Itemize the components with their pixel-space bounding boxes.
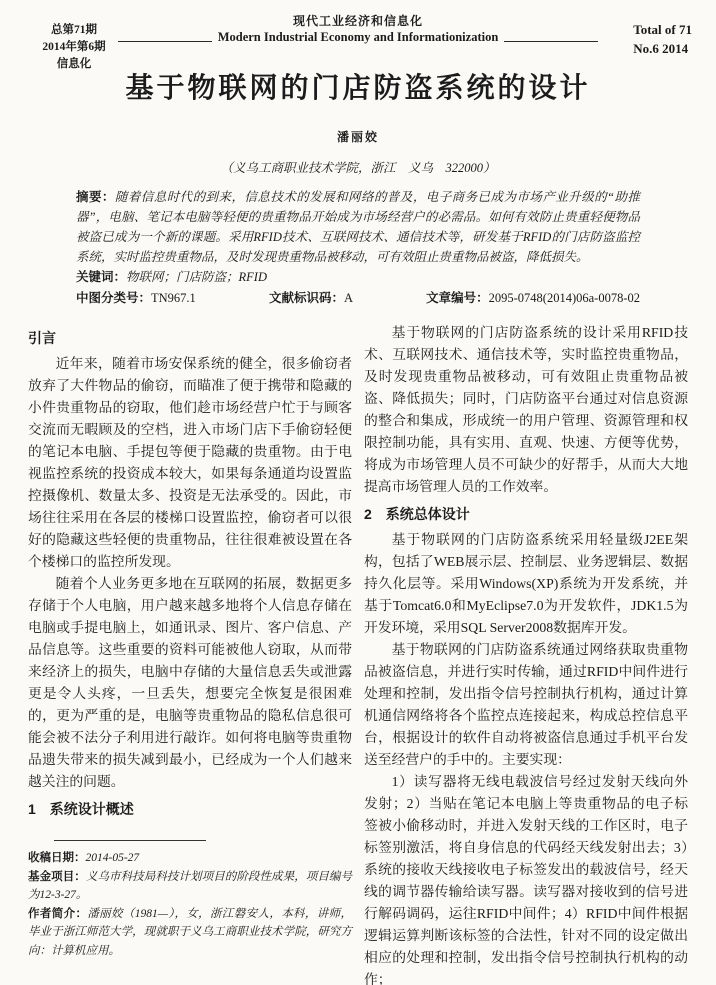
intro-heading: 引言 <box>28 327 352 349</box>
issue-info-left: 总第71期 2014年第6期 信息化 <box>26 22 122 73</box>
right-paragraph-1: 基于物联网的门店防盗系统的设计采用RFID技术、互联网技术、通信技术等，实时监控… <box>364 322 688 498</box>
footnote-block: 收稿日期：2014-05-27 基金项目：义乌市科技局科技计划项目的阶段性成果，… <box>28 840 352 960</box>
header-rule-row: Modern Industrial Economy and Informatio… <box>118 30 598 45</box>
journal-header: 总第71期 2014年第6期 信息化 Total of 71 No.6 2014… <box>0 0 716 50</box>
received-date-label: 收稿日期： <box>28 852 86 864</box>
abstract: 摘要：随着信息时代的到来，信息技术的发展和网络的普及，电子商务已成为市场产业升级… <box>76 187 640 267</box>
header-rule-left <box>118 41 212 42</box>
article-id-item: 文章编号：2095-0748(2014)06a-0078-02 <box>426 288 640 308</box>
issue-section: 信息化 <box>26 56 122 73</box>
doc-code-item: 文献标识码：A <box>269 288 353 308</box>
right-paragraph-2: 基于物联网的门店防盗系统采用轻量级J2EE架构，包括了WEB展示层、控制层、业务… <box>364 529 688 639</box>
journal-title-en: Modern Industrial Economy and Informatio… <box>212 30 505 45</box>
issue-year-no: 2014年第6期 <box>26 39 122 56</box>
keywords-label: 关键词： <box>76 270 126 284</box>
journal-title-cn: 现代工业经济和信息化 <box>118 12 598 29</box>
right-paragraph-4: 1）读写器将无线电载波信号经过发射天线向外发射；2）当贴在笔记本电脑上等贵重物品… <box>364 771 688 985</box>
clc-label: 中图分类号： <box>76 291 151 305</box>
meta-row: 中图分类号：TN967.1 文献标识码：A 文章编号：2095-0748(201… <box>76 288 640 308</box>
footnote-received-date: 收稿日期：2014-05-27 <box>28 849 352 868</box>
footnote-fund-project: 基金项目：义乌市科技局科技计划项目的阶段性成果，项目编号为12-3-27。 <box>28 868 352 905</box>
article-id-label: 文章编号： <box>426 291 489 305</box>
fund-project-label: 基金项目： <box>28 871 86 883</box>
article-id-value: 2095-0748(2014)06a-0078-02 <box>489 291 640 305</box>
footnote-author-bio: 作者简介：潘丽姣（1981—），女，浙江磐安人，本科，讲师，毕业于浙江师范大学，… <box>28 905 352 961</box>
footnote-divider <box>54 840 206 841</box>
keywords: 关键词：物联网；门店防盗；RFID <box>76 267 640 287</box>
received-date-text: 2014-05-27 <box>86 852 140 864</box>
header-rule-right <box>504 41 598 42</box>
left-paragraph-2: 随着个人业务更多地在互联网的拓展，数据更多存储于个人电脑，用户越来越多地将个人信… <box>28 573 352 793</box>
author-affiliation: （义乌工商职业技术学院，浙江 义乌 322000） <box>0 158 716 176</box>
abstract-label: 摘要： <box>76 190 115 204</box>
left-column: 引言 近年来，随着市场安保系统的健全，很多偷窃者放弃了大件物品的偷窃，而瞄准了便… <box>28 322 352 985</box>
paper-page: 总第71期 2014年第6期 信息化 Total of 71 No.6 2014… <box>0 0 716 985</box>
journal-masthead: 现代工业经济和信息化 Modern Industrial Economy and… <box>118 12 598 45</box>
issue-total-en: Total of 71 <box>633 20 692 39</box>
left-paragraph-1: 近年来，随着市场安保系统的健全，很多偷窃者放弃了大件物品的偷窃，而瞄准了便于携带… <box>28 353 352 573</box>
right-paragraph-3: 基于物联网的门店防盗系统通过网络获取贵重物品被盗信息，并进行实时传输，通过RFI… <box>364 639 688 771</box>
abstract-text: 随着信息时代的到来，信息技术的发展和网络的普及，电子商务已成为市场产业升级的“助… <box>76 190 640 264</box>
clc-value: TN967.1 <box>151 291 196 305</box>
doc-code-value: A <box>344 291 353 305</box>
issue-total-cn: 总第71期 <box>26 22 122 39</box>
right-column: 基于物联网的门店防盗系统的设计采用RFID技术、互联网技术、通信技术等，实时监控… <box>364 322 688 985</box>
keywords-text: 物联网；门店防盗；RFID <box>126 270 267 284</box>
doc-code-label: 文献标识码： <box>269 291 344 305</box>
abstract-block: 摘要：随着信息时代的到来，信息技术的发展和网络的普及，电子商务已成为市场产业升级… <box>76 187 640 308</box>
section-2-heading: 2 系统总体设计 <box>364 503 688 525</box>
section-1-heading: 1 系统设计概述 <box>28 798 352 820</box>
body-columns: 引言 近年来，随着市场安保系统的健全，很多偷窃者放弃了大件物品的偷窃，而瞄准了便… <box>0 322 716 985</box>
author-name: 潘丽姣 <box>0 128 716 145</box>
issue-number-en: No.6 2014 <box>633 39 692 58</box>
clc-item: 中图分类号：TN967.1 <box>76 288 196 308</box>
issue-info-right: Total of 71 No.6 2014 <box>633 20 692 58</box>
author-bio-label: 作者简介： <box>28 908 87 920</box>
